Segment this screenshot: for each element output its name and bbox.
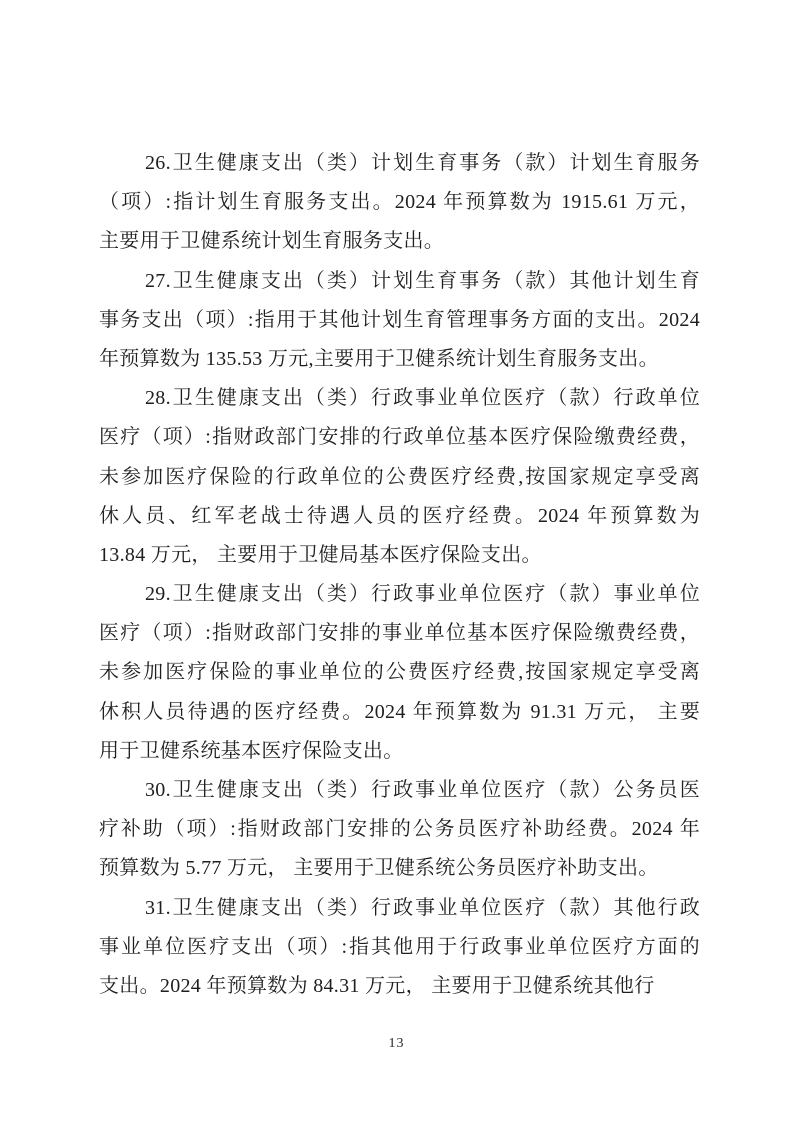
paragraph-29-line-2: 医疗（项）:指财政部门安排的事业单位基本医疗保险缴费经费， [99,614,700,653]
paragraph-30-line-1: 30.卫生健康支出（类）行政事业单位医疗（款）公务员医 [99,771,700,810]
paragraph-26-line-2: （项）:指计划生育服务支出。2024 年预算数为 1915.61 万元， [99,183,700,222]
paragraph-29-line-3: 未参加医疗保险的事业单位的公费医疗经费,按国家规定享受离 [99,653,700,692]
paragraph-28-line-5: 13.84 万元， 主要用于卫健局基本医疗保险支出。 [99,536,700,575]
paragraph-29-line-4: 休积人员待遇的医疗经费。2024 年预算数为 91.31 万元， 主要 [99,693,700,732]
paragraph-31-line-2: 事业单位医疗支出（项）:指其他用于行政事业单位医疗方面的 [99,928,700,967]
paragraph-28-line-4: 休人员、红军老战士待遇人员的医疗经费。2024 年预算数为 [99,497,700,536]
paragraph-27-line-3: 年预算数为 135.53 万元,主要用于卫健系统计划生育服务支出。 [99,340,700,379]
paragraph-29-line-5: 用于卫健系统基本医疗保险支出。 [99,732,700,771]
document-page: 26.卫生健康支出（类）计划生育事务（款）计划生育服务（项）:指计划生育服务支出… [0,0,793,1122]
page-number: 13 [0,1036,793,1052]
paragraph-28-line-1: 28.卫生健康支出（类）行政事业单位医疗（款）行政单位 [99,379,700,418]
paragraph-31-line-3: 支出。2024 年预算数为 84.31 万元， 主要用于卫健系统其他行 [99,967,700,1006]
paragraph-30-line-3: 预算数为 5.77 万元， 主要用于卫健系统公务员医疗补助支出。 [99,849,700,888]
paragraph-30-line-2: 疗补助（项）:指财政部门安排的公务员医疗补助经费。2024 年 [99,810,700,849]
paragraph-28-line-2: 医疗（项）:指财政部门安排的行政单位基本医疗保险缴费经费， [99,418,700,457]
paragraph-26-line-3: 主要用于卫健系统计划生育服务支出。 [99,222,700,261]
paragraph-27-line-1: 27.卫生健康支出（类）计划生育事务（款）其他计划生育 [99,262,700,301]
paragraph-31-line-1: 31.卫生健康支出（类）行政事业单位医疗（款）其他行政 [99,889,700,928]
paragraph-27-line-2: 事务支出（项）:指用于其他计划生育管理事务方面的支出。2024 [99,301,700,340]
paragraph-29-line-1: 29.卫生健康支出（类）行政事业单位医疗（款）事业单位 [99,575,700,614]
document-body: 26.卫生健康支出（类）计划生育事务（款）计划生育服务（项）:指计划生育服务支出… [99,144,700,1006]
paragraph-26-line-1: 26.卫生健康支出（类）计划生育事务（款）计划生育服务 [99,144,700,183]
paragraph-28-line-3: 未参加医疗保险的行政单位的公费医疗经费,按国家规定享受离 [99,458,700,497]
